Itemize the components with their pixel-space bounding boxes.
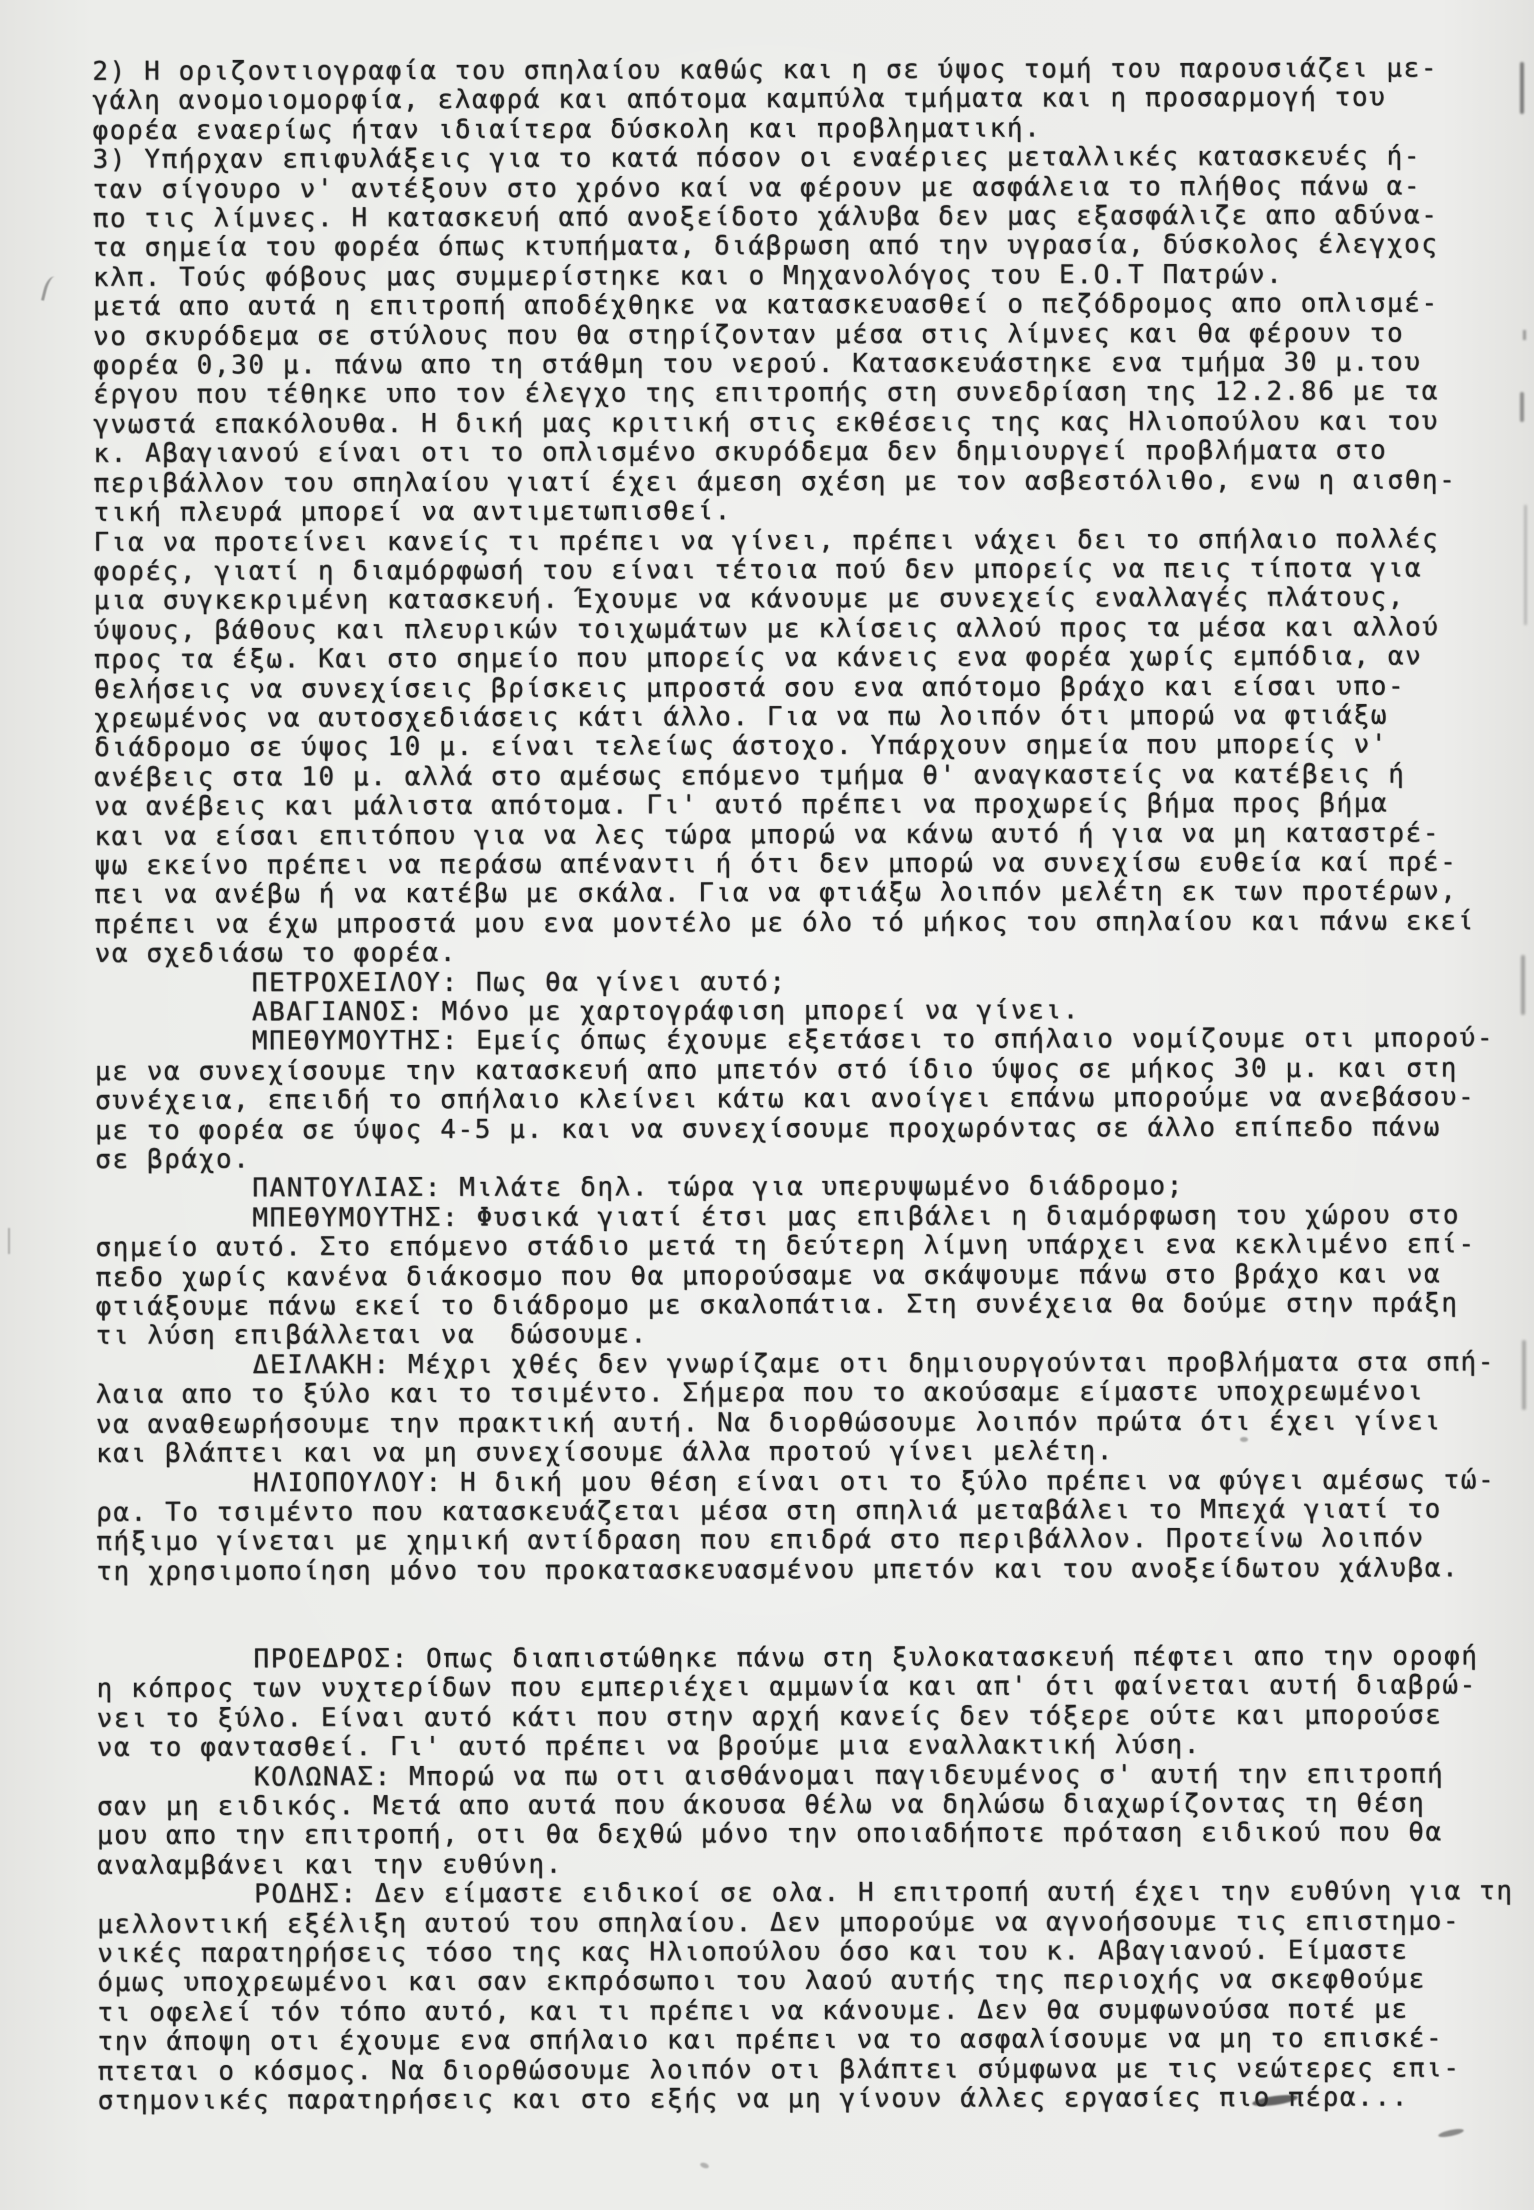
text-line: στημονικές παρατηρήσεις και στο εξής να …: [98, 2083, 1518, 2116]
document-body: 2) Η οριζοντιογραφία του σπηλαίου καθώς …: [92, 54, 1517, 2116]
text-line: σημείο αυτό. Στο επόμενο στάδιο μετά τη …: [95, 1230, 1515, 1263]
blank-line: [96, 1583, 1516, 1616]
text-line: περιβάλλον του σπηλαίου γιατί έχει άμεση…: [93, 466, 1513, 499]
text-line: διάδρομο σε ύψος 10 μ. είναι τελείως άστ…: [94, 730, 1514, 763]
text-line: με το φορέα σε ύψος 4-5 μ. και να συνεχί…: [95, 1113, 1515, 1146]
text-line: τη χρησιμοποίηση μόνο του προκατασκευασμ…: [96, 1554, 1516, 1587]
scan-edge-artifact: [1520, 62, 1524, 114]
scan-edge-artifact: [1521, 955, 1525, 1015]
text-line: 3) Υπήρχαν επιφυλάξεις για το κατά πόσον…: [93, 142, 1513, 175]
text-line: νει το ξύλο. Είναι αυτό κάτι που στην αρ…: [97, 1701, 1517, 1734]
scanned-document-page: 2) Η οριζοντιογραφία του σπηλαίου καθώς …: [0, 0, 1534, 2210]
text-line: κ. Αβαγιανού είναι οτι το οπλισμένο σκυρ…: [93, 436, 1513, 469]
text-line: ΜΠΕΘΥΜΟΥΤΗΣ: Εμείς όπως έχουμε εξετάσει …: [95, 1025, 1515, 1058]
text-line: πήξιμο γίνεται με χημική αντίδραση που ε…: [96, 1524, 1516, 1557]
text-line: προς τα έξω. Και στο σημείο που μπορείς …: [94, 642, 1514, 675]
text-line: φτιάξουμε πάνω εκεί το διάδρομο με σκαλο…: [96, 1289, 1516, 1322]
text-line: όμως υποχρεωμένοι και σαν εκπρόσωποι του…: [97, 1966, 1517, 1999]
text-line: να ανέβεις και μάλιστα απότομα. Γι' αυτό…: [94, 789, 1514, 822]
text-line: πει να ανέβω ή να κατέβω με σκάλα. Για ν…: [94, 878, 1514, 911]
text-line: τα σημεία του φορέα όπως κτυπήματα, διάβ…: [93, 231, 1513, 264]
scan-edge-artifact: [1520, 392, 1524, 422]
text-line: συνέχεια, επειδή το σπήλαιο κλείνει κάτω…: [95, 1083, 1515, 1116]
text-line: και βλάπτει και να μη συνεχίσουμε άλλα π…: [96, 1436, 1516, 1469]
text-line: μια συγκεκριμένη κατασκευή. Έχουμε να κά…: [94, 583, 1514, 616]
text-line: να αναθεωρήσουμε την πρακτική αυτή. Να δ…: [96, 1407, 1516, 1440]
ink-speck-artifact: [699, 2162, 709, 2170]
margin-mark-artifact: [8, 1228, 10, 1254]
text-line: μου απο την επιτροπή, οτι θα δεχθώ μόνο …: [97, 1818, 1517, 1851]
ink-scribble-artifact: [1438, 2127, 1465, 2138]
text-line: ΡΟΔΗΣ: Δεν είμαστε ειδικοί σε ολα. Η επι…: [97, 1877, 1517, 1910]
text-line: γάλη ανομοιομορφία, ελαφρά και απότομα κ…: [92, 84, 1512, 117]
text-line: πρέπει να έχω μπροστά μου ενα μοντέλο με…: [95, 907, 1515, 940]
text-line: τική πλευρά μπορεί να αντιμετωπισθεί.: [93, 495, 1513, 528]
text-line: σε βράχο.: [95, 1142, 1515, 1175]
scan-edge-artifact: [1523, 330, 1526, 340]
scan-edge-artifact: [1524, 505, 1527, 625]
scan-edge-artifact: [1522, 1340, 1526, 1410]
text-line: την άποψη οτι έχουμε ενα σπήλαιο και πρέ…: [97, 2024, 1517, 2057]
text-line: η κόπρος των νυχτερίδων που εμπεριέχει α…: [97, 1671, 1517, 1704]
margin-mark-artifact: [41, 275, 60, 303]
text-line: μετά απο αυτά η επιτροπή αποδέχθηκε να κ…: [93, 289, 1513, 322]
text-line: λαια απο το ξύλο και το τσιμέντο. Σήμερα…: [96, 1377, 1516, 1410]
text-line: ΠΕΤΡΟΧΕΙΛΟΥ: Πως θα γίνει αυτό;: [95, 966, 1515, 999]
text-line: να το φαντασθεί. Γι' αυτό πρέπει να βρού…: [97, 1730, 1517, 1763]
text-line: να σχεδιάσω το φορέα.: [95, 936, 1515, 969]
